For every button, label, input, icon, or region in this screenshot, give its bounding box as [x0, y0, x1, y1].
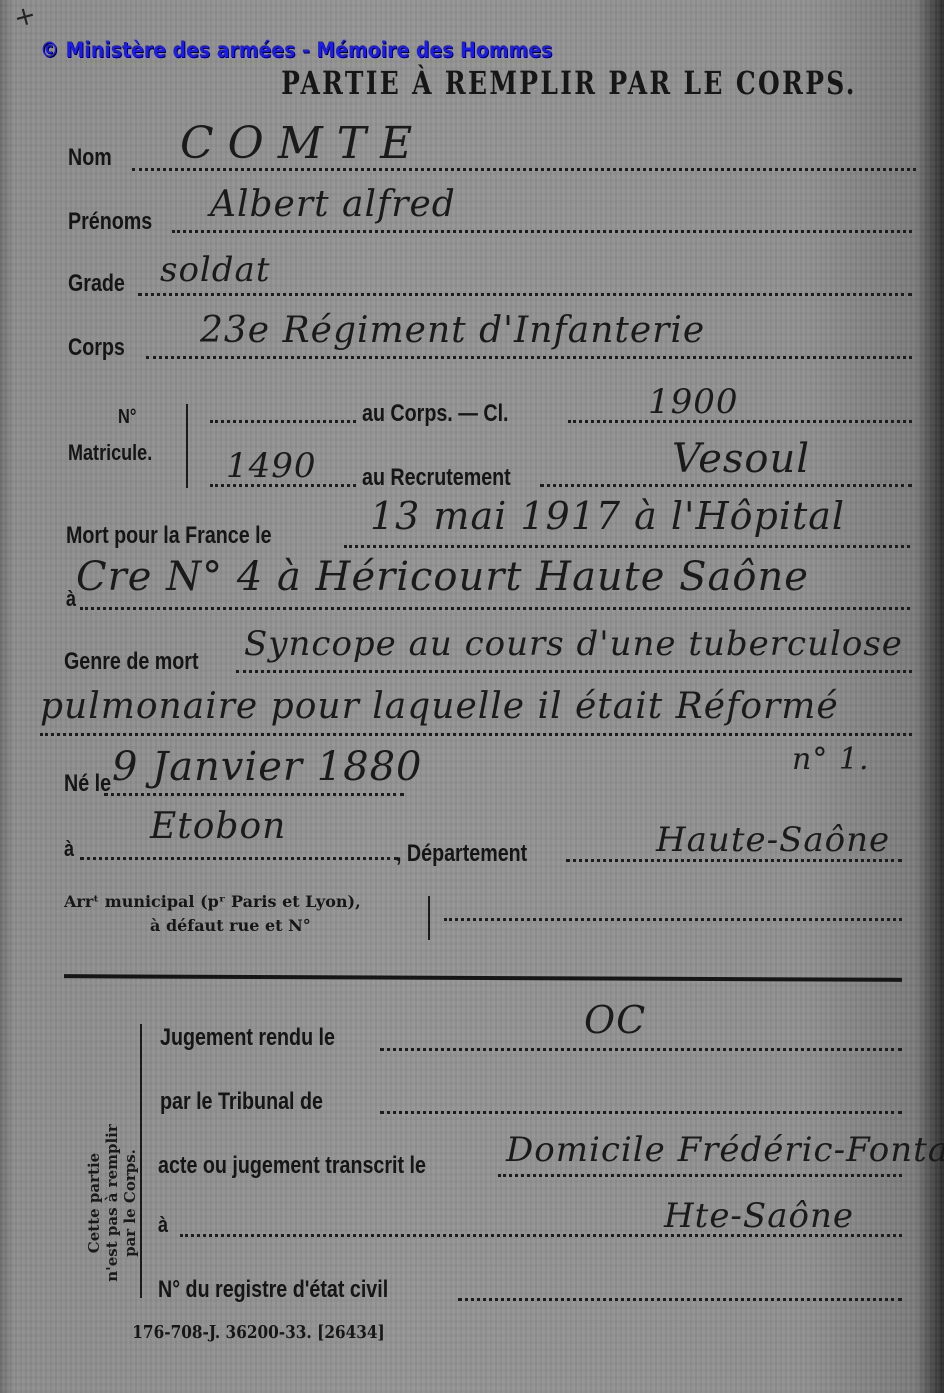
mort-line: [344, 545, 910, 548]
margin-cross-mark: +: [10, 0, 39, 34]
form-title: PARTIE À REMPLIR PAR LE CORPS.: [281, 64, 857, 102]
genre-mort-line2: [40, 733, 912, 736]
prenoms-value: Albert alfred: [210, 184, 456, 225]
recrutement-number: 1490: [226, 446, 317, 486]
genre-mort-note: n° 1.: [792, 742, 869, 777]
genre-mort-line1: [236, 670, 912, 673]
classe-line: [568, 420, 912, 423]
arrondissement-label2: à défaut rue et N°: [150, 916, 311, 935]
classe-value: 1900: [648, 382, 739, 422]
transcrit-line: [498, 1174, 902, 1177]
au-corps-line: [210, 420, 356, 423]
naissance-line: [104, 793, 404, 796]
prenoms-line: [172, 230, 912, 233]
arrondissement-label1: Arrᵗ municipal (pʳ Paris et Lyon),: [64, 892, 361, 911]
naissance-a-label: à: [64, 836, 74, 862]
jugement-value: OC: [584, 998, 646, 1042]
jugement-label: Jugement rendu le: [160, 1024, 335, 1052]
copyright-watermark: © Ministère des armées - Mémoire des Hom…: [40, 38, 552, 62]
a-label: à: [158, 1212, 168, 1238]
departement-label: , Département: [396, 840, 527, 868]
side-note-line3: par le Corps.: [121, 1113, 139, 1293]
genre-mort-line1-value: Syncope au cours d'une tuberculose: [244, 624, 903, 664]
corps-line: [146, 356, 912, 359]
section-divider: [64, 974, 902, 982]
mort-a-value: Cre N° 4 à Héricourt Haute Saône: [76, 554, 809, 600]
corps-value: 23e Régiment d'Infanterie: [200, 310, 705, 351]
matricule-brace: [186, 404, 188, 488]
transcrit-value: Domicile Frédéric-Fontaine: [506, 1130, 944, 1170]
jugement-line: [380, 1048, 902, 1051]
departement-value: Haute-Saône: [656, 820, 890, 860]
grade-line: [138, 293, 912, 296]
arrondissement-line: [444, 918, 902, 921]
corps-label: Corps: [68, 334, 125, 362]
recrutement-label: au Recrutement: [362, 464, 511, 492]
registre-label: N° du registre d'état civil: [158, 1276, 388, 1304]
genre-mort-label: Genre de mort: [64, 648, 199, 676]
mort-a-line: [80, 607, 910, 610]
mort-a-label: à: [66, 586, 76, 612]
prenoms-label: Prénoms: [68, 208, 152, 236]
tribunal-label: par le Tribunal de: [160, 1088, 323, 1116]
grade-label: Grade: [68, 270, 125, 298]
side-note: Cette partie n'est pas à remplir par le …: [85, 1113, 139, 1293]
recrutement-value: Vesoul: [672, 436, 810, 482]
recrutement-line: [540, 484, 912, 487]
naissance-a-value: Etobon: [150, 806, 286, 847]
matricule-label-n: N°: [118, 406, 136, 429]
mort-label: Mort pour la France le: [66, 522, 272, 550]
registre-line: [458, 1298, 902, 1301]
arrondissement-brace: [428, 896, 430, 940]
form-reference-footer: 176-708-J. 36200-33. [26434]: [132, 1322, 385, 1343]
genre-mort-line2-value: pulmonaire pour laquelle il était Réform…: [40, 686, 839, 727]
tribunal-line: [380, 1111, 902, 1114]
nom-label: Nom: [68, 144, 112, 172]
side-note-line1: Cette partie: [85, 1113, 103, 1293]
naissance-value: 9 Janvier 1880: [112, 744, 423, 790]
transcrit-label: acte ou jugement transcrit le: [158, 1152, 426, 1180]
matricule-label: Matricule.: [68, 440, 152, 466]
naissance-a-line: [80, 857, 398, 860]
grade-value: soldat: [160, 250, 271, 290]
section-brace: [140, 1024, 142, 1298]
nom-value: COMTE: [180, 118, 426, 169]
side-note-line2: n'est pas à remplir: [103, 1113, 121, 1293]
au-corps-label: au Corps. — Cl.: [362, 400, 509, 428]
mort-value: 13 mai 1917 à l'Hôpital: [370, 494, 845, 538]
a-value: Hte-Saône: [664, 1196, 854, 1236]
